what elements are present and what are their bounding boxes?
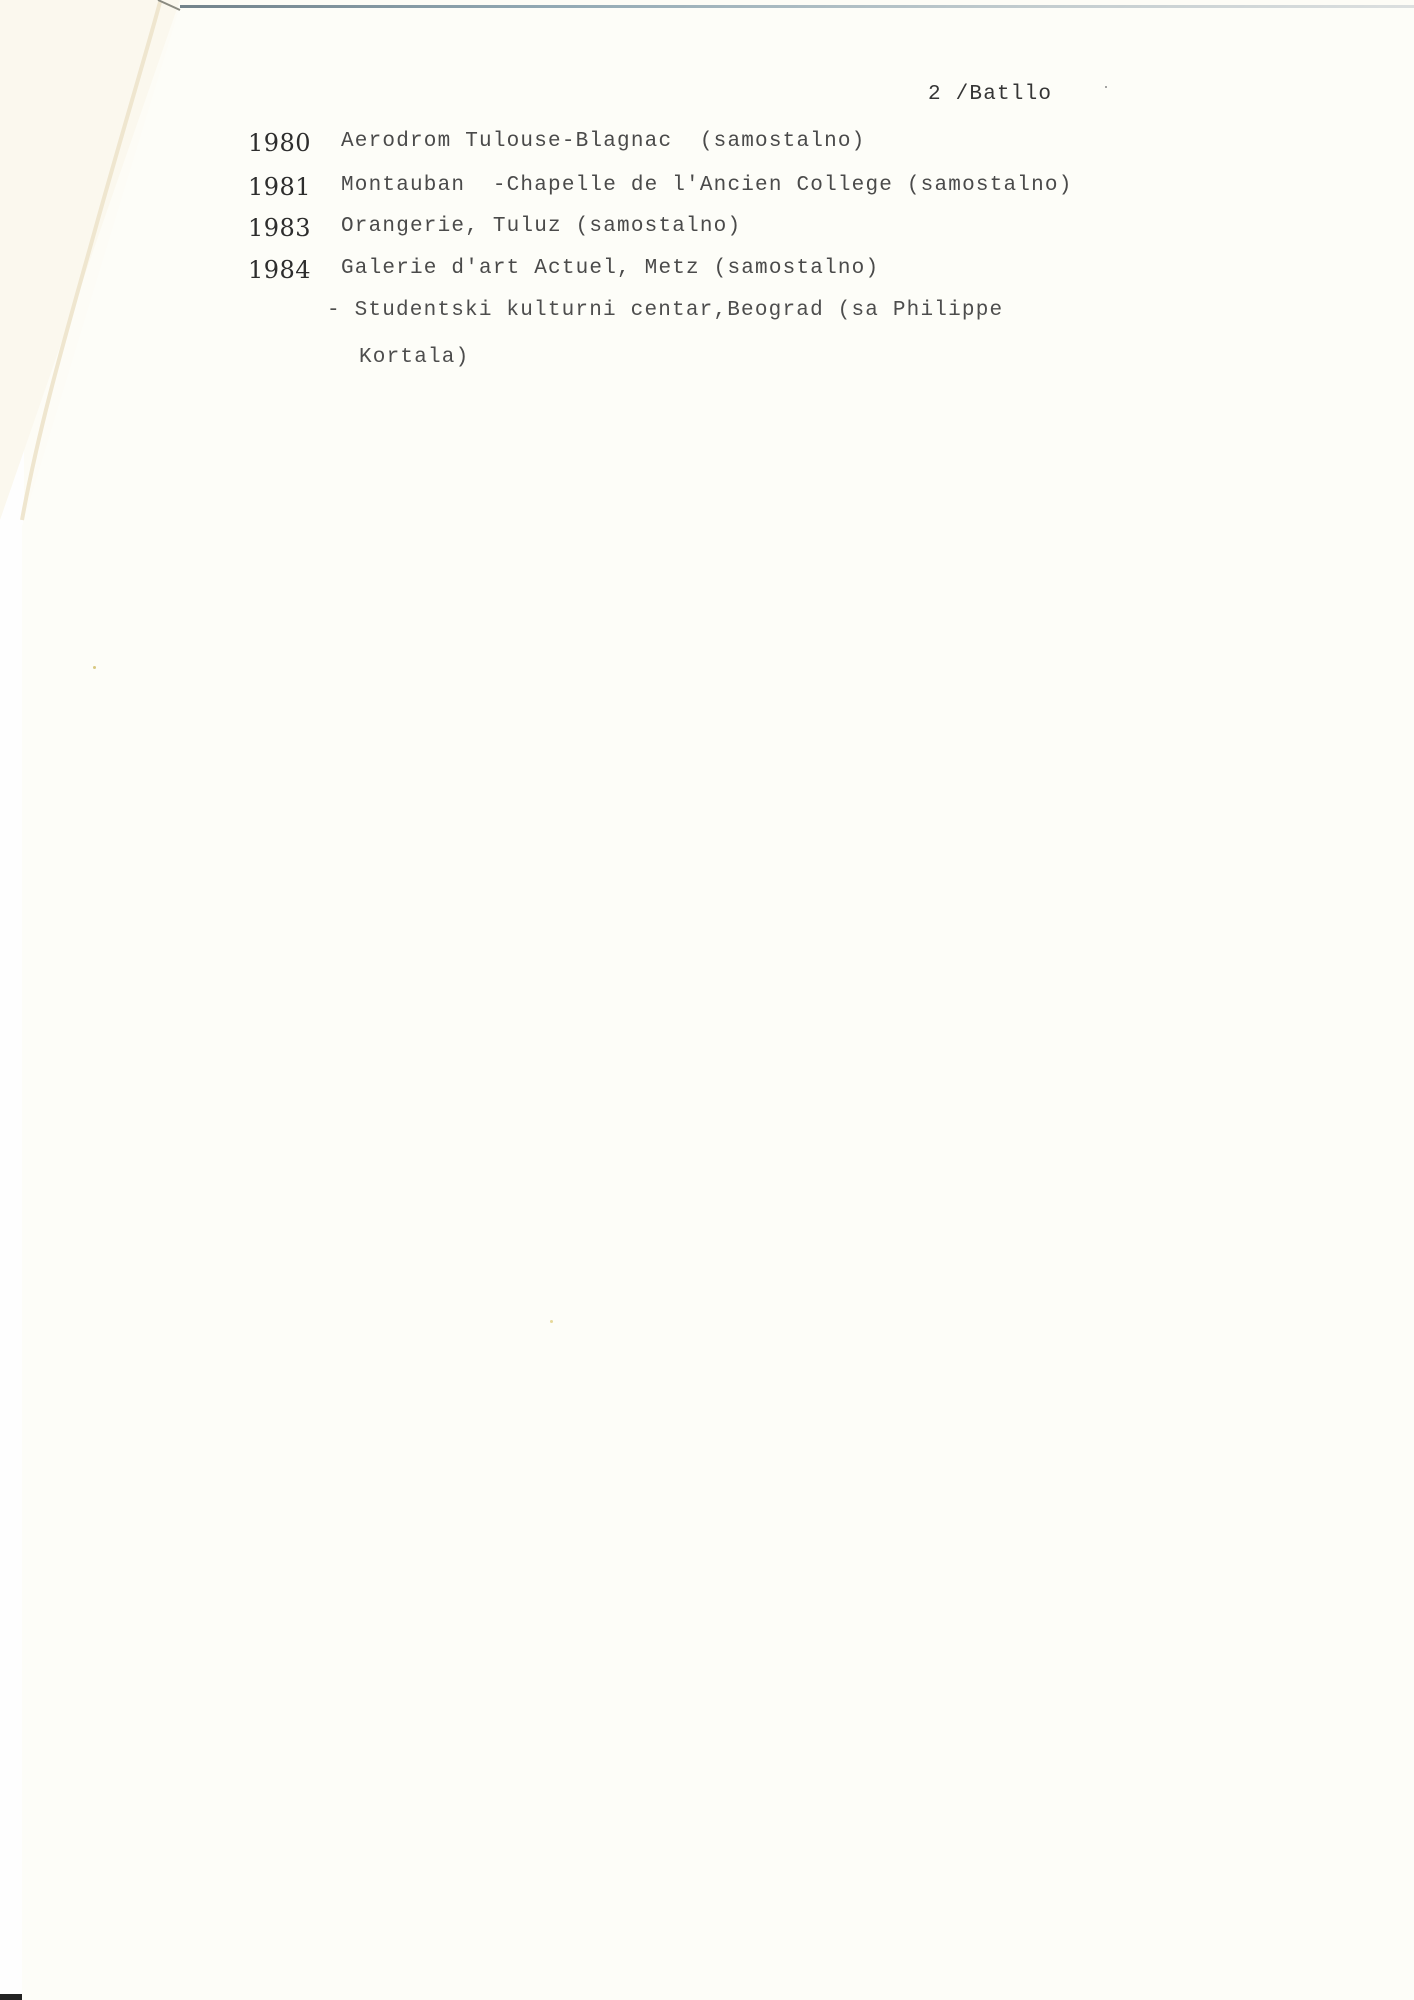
paper-speck — [550, 1320, 553, 1323]
entry-year: 1981 — [248, 175, 311, 199]
entry-year: 1984 — [248, 258, 311, 282]
entry-text: Orangerie, Tuluz (samostalno) — [341, 216, 741, 237]
paper-speck — [1105, 86, 1107, 88]
paper-speck — [93, 666, 96, 669]
entry-year: 1983 — [248, 216, 311, 240]
sub-entry-line-1: - Studentski kulturni centar,Beograd (sa… — [327, 300, 1003, 321]
entry-text: Aerodrom Tulouse-Blagnac (samostalno) — [341, 131, 865, 152]
sub-entry-line-2: Kortala) — [359, 347, 469, 368]
page-header: 2 /Batllo — [928, 84, 1052, 105]
entry-text: Galerie d'art Actuel, Metz (samostalno) — [341, 258, 879, 279]
page-top-edge — [180, 5, 1414, 8]
entry-text: Montauban -Chapelle de l'Ancien College … — [341, 175, 1073, 196]
entry-year: 1980 — [248, 131, 311, 155]
scan-border — [0, 1994, 22, 2000]
